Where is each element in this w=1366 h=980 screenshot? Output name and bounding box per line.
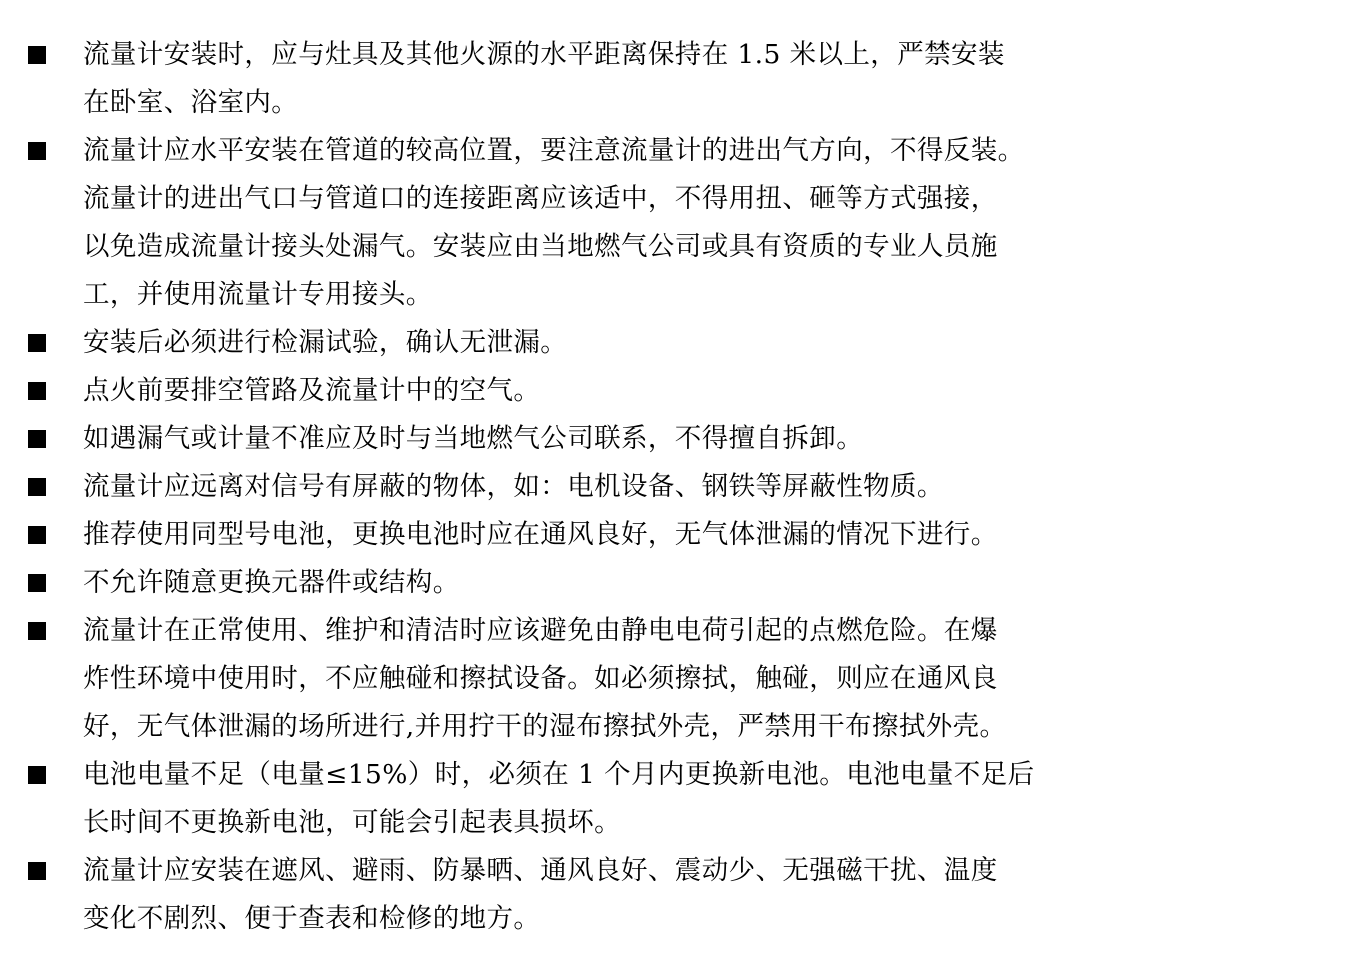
black-square-bullet-icon bbox=[28, 46, 46, 64]
black-square-bullet-icon bbox=[28, 622, 46, 640]
list-item: 如遇漏气或计量不准应及时与当地燃气公司联系，不得擅自拆卸。 bbox=[0, 415, 1366, 463]
item-text-line: 好，无气体泄漏的场所进行,并用拧干的湿布擦拭外壳，严禁用干布擦拭外壳。 bbox=[83, 703, 1366, 751]
black-square-bullet-icon bbox=[28, 382, 46, 400]
list-item: 流量计在正常使用、维护和清洁时应该避免由静电电荷引起的点燃危险。在爆 炸性环境中… bbox=[0, 607, 1366, 751]
item-text-line: 流量计安装时，应与灶具及其他火源的水平距离保持在 1.5 米以上，严禁安装 bbox=[83, 31, 1366, 79]
item-text-line: 点火前要排空管路及流量计中的空气。 bbox=[83, 367, 1366, 415]
black-square-bullet-icon bbox=[28, 862, 46, 880]
item-text-line: 流量计应水平安装在管道的较高位置，要注意流量计的进出气方向，不得反装。 bbox=[83, 127, 1366, 175]
safety-instructions-list: 流量计安装时，应与灶具及其他火源的水平距离保持在 1.5 米以上，严禁安装 在卧… bbox=[0, 31, 1366, 943]
black-square-bullet-icon bbox=[28, 766, 46, 784]
list-item: 推荐使用同型号电池，更换电池时应在通风良好，无气体泄漏的情况下进行。 bbox=[0, 511, 1366, 559]
item-text-line: 流量计在正常使用、维护和清洁时应该避免由静电电荷引起的点燃危险。在爆 bbox=[83, 607, 1366, 655]
item-text-line: 如遇漏气或计量不准应及时与当地燃气公司联系，不得擅自拆卸。 bbox=[83, 415, 1366, 463]
black-square-bullet-icon bbox=[28, 526, 46, 544]
list-item: 流量计应远离对信号有屏蔽的物体，如：电机设备、钢铁等屏蔽性物质。 bbox=[0, 463, 1366, 511]
black-square-bullet-icon bbox=[28, 478, 46, 496]
item-text-line: 电池电量不足（电量≤15%）时，必须在 1 个月内更换新电池。电池电量不足后 bbox=[83, 751, 1366, 799]
item-text-line: 长时间不更换新电池，可能会引起表具损坏。 bbox=[83, 799, 1366, 847]
black-square-bullet-icon bbox=[28, 334, 46, 352]
list-item: 流量计安装时，应与灶具及其他火源的水平距离保持在 1.5 米以上，严禁安装 在卧… bbox=[0, 31, 1366, 127]
black-square-bullet-icon bbox=[28, 430, 46, 448]
list-item: 不允许随意更换元器件或结构。 bbox=[0, 559, 1366, 607]
item-text-line: 不允许随意更换元器件或结构。 bbox=[83, 559, 1366, 607]
list-item: 点火前要排空管路及流量计中的空气。 bbox=[0, 367, 1366, 415]
item-text-line: 安装后必须进行检漏试验，确认无泄漏。 bbox=[83, 319, 1366, 367]
list-item: 流量计应水平安装在管道的较高位置，要注意流量计的进出气方向，不得反装。 流量计的… bbox=[0, 127, 1366, 319]
item-text-line: 变化不剧烈、便于查表和检修的地方。 bbox=[83, 895, 1366, 943]
item-text-line: 流量计应远离对信号有屏蔽的物体，如：电机设备、钢铁等屏蔽性物质。 bbox=[83, 463, 1366, 511]
item-text-line: 工，并使用流量计专用接头。 bbox=[83, 271, 1366, 319]
list-item: 电池电量不足（电量≤15%）时，必须在 1 个月内更换新电池。电池电量不足后 长… bbox=[0, 751, 1366, 847]
black-square-bullet-icon bbox=[28, 142, 46, 160]
item-text-line: 以免造成流量计接头处漏气。安装应由当地燃气公司或具有资质的专业人员施 bbox=[83, 223, 1366, 271]
black-square-bullet-icon bbox=[28, 574, 46, 592]
item-text-line: 流量计应安装在遮风、避雨、防暴晒、通风良好、震动少、无强磁干扰、温度 bbox=[83, 847, 1366, 895]
list-item: 流量计应安装在遮风、避雨、防暴晒、通风良好、震动少、无强磁干扰、温度 变化不剧烈… bbox=[0, 847, 1366, 943]
item-text-line: 流量计的进出气口与管道口的连接距离应该适中，不得用扭、砸等方式强接， bbox=[83, 175, 1366, 223]
item-text-line: 推荐使用同型号电池，更换电池时应在通风良好，无气体泄漏的情况下进行。 bbox=[83, 511, 1366, 559]
list-item: 安装后必须进行检漏试验，确认无泄漏。 bbox=[0, 319, 1366, 367]
item-text-line: 在卧室、浴室内。 bbox=[83, 79, 1366, 127]
item-text-line: 炸性环境中使用时，不应触碰和擦拭设备。如必须擦拭，触碰，则应在通风良 bbox=[83, 655, 1366, 703]
